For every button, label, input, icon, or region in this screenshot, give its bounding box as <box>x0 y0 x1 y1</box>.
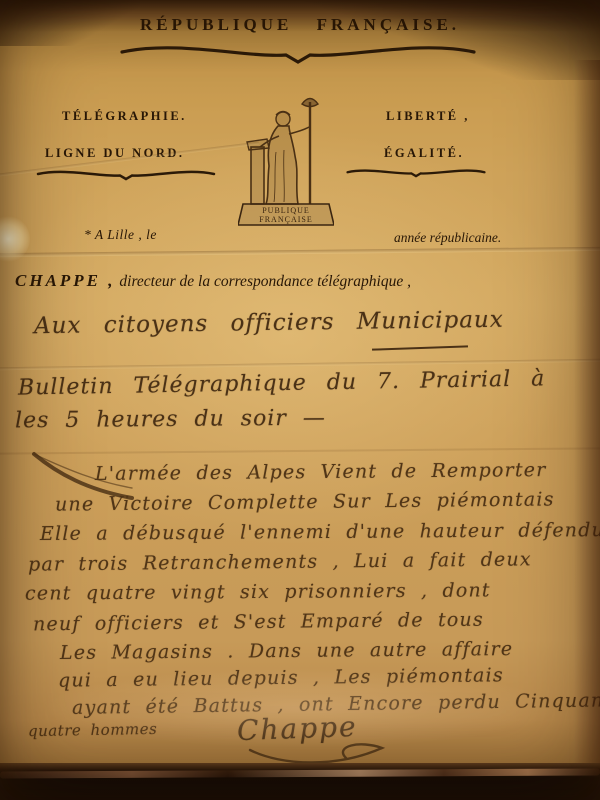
glare-spot <box>0 216 30 262</box>
body-text-line: cent quatre vingt six prisonniers , dont <box>25 579 491 604</box>
body-text-line: Les Magasins . Dans une autre affaire <box>60 638 513 664</box>
bulletin-subject-line1: Bulletin Télégraphique du 7. Prairial à <box>18 366 546 400</box>
sender-title: directeur de la correspondance télégraph… <box>119 273 411 290</box>
addressee-underline-stroke <box>372 345 468 350</box>
frame-shadow-top-left <box>0 0 140 46</box>
body-text-line: par trois Retranchements , Lui a fait de… <box>28 548 532 575</box>
republican-year-label: année républicaine. <box>394 230 501 246</box>
pedestal-text-line1: PUBLIQUE <box>262 206 310 215</box>
body-text-line: neuf officiers et S'est Emparé de tous <box>33 609 484 636</box>
liberty-statue-emblem: PUBLIQUE FRANÇAISE <box>238 92 334 228</box>
bulletin-subject-line2: les 5 heures du soir — <box>15 406 326 434</box>
sender-line: CHAPPE , directeur de la correspondance … <box>15 271 575 291</box>
sender-name: CHAPPE , <box>15 271 116 290</box>
light-reflection <box>40 668 560 748</box>
body-text-line: L'armée des Alpes Vient de Remporter <box>95 459 547 485</box>
framed-document-photo: RÉPUBLIQUE FRANÇAISE. TÉLÉGRAPHIE. LIGNE… <box>0 0 600 800</box>
paper-crease <box>0 247 600 257</box>
pedestal-text-line2: FRANÇAISE <box>259 215 312 224</box>
handwritten-addressee: Aux citoyens officiers Municipaux <box>34 307 504 340</box>
left-flourish-ornament <box>36 165 216 185</box>
place-dateline: * A Lille , le <box>84 227 157 243</box>
egalite-label: ÉGALITÉ. <box>384 146 464 161</box>
frame-shadow-right <box>574 60 600 800</box>
ligne-du-nord-label: LIGNE DU NORD. <box>45 146 185 161</box>
liberte-label: LIBERTÉ , <box>386 109 470 124</box>
right-flourish-ornament <box>346 163 486 183</box>
telegraphie-label: TÉLÉGRAPHIE. <box>62 109 187 124</box>
frame-shadow-top-right <box>270 0 600 80</box>
body-text-line: une Victoire Complette Sur Les piémontai… <box>55 488 555 515</box>
body-text-line: Elle a débusqué l'ennemi d'une hauteur d… <box>40 519 600 545</box>
